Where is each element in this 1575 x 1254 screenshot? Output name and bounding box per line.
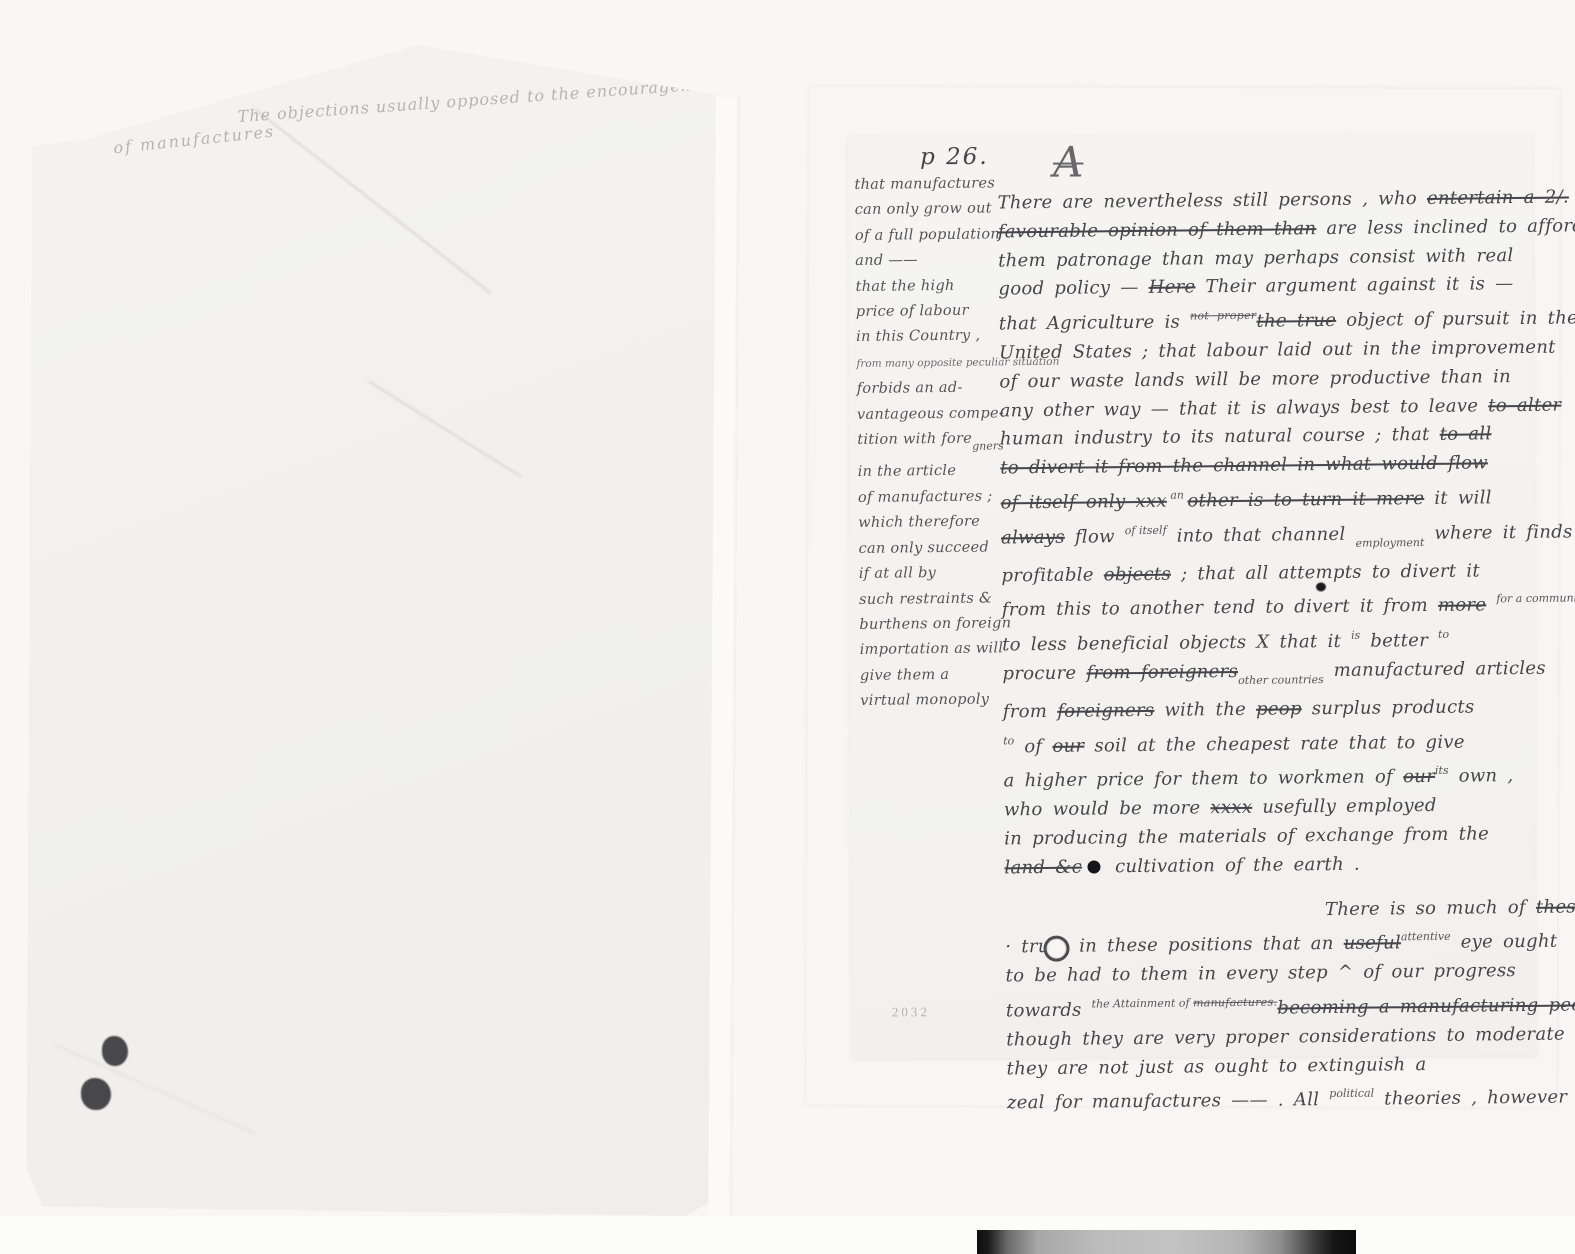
handwriting-line: to less beneficial objects X that it is … bbox=[1002, 620, 1527, 660]
handwriting-segment: with the bbox=[1154, 699, 1256, 721]
handwriting-segment: and —— bbox=[855, 252, 918, 269]
handwriting-segment: to bbox=[1003, 734, 1014, 747]
handwriting-line: forbids an ad- bbox=[857, 376, 1003, 403]
handwriting-segment: Their argument against it is — bbox=[1195, 273, 1513, 297]
handwriting-segment: to alter bbox=[1488, 394, 1561, 416]
handwriting-segment: which therefore bbox=[858, 514, 980, 531]
handwriting-line: price of labour bbox=[856, 298, 1002, 325]
handwriting-segment: it will bbox=[1424, 487, 1492, 509]
handwriting-line: in producing the materials of exchange f… bbox=[1004, 820, 1529, 854]
handwriting-segment: a higher price for them to workmen of bbox=[1003, 767, 1403, 792]
handwriting-line: can only grow out bbox=[855, 197, 1001, 224]
handwriting-segment: to be had to them in every step ^ of our… bbox=[1006, 960, 1517, 986]
handwriting-segment: towards bbox=[1006, 999, 1092, 1021]
handwriting-line: which therefore bbox=[858, 510, 1004, 537]
handwriting-line: · truth in these positions that an usefu… bbox=[1005, 922, 1530, 962]
handwriting-line: always flow of itself into that channel … bbox=[1001, 513, 1526, 562]
handwriting-segment: them patronage than may perhaps consist … bbox=[998, 245, 1514, 271]
handwriting-line: if at all by bbox=[859, 560, 1005, 587]
margin-notes: that manufacturescan only grow outof a f… bbox=[854, 171, 1006, 714]
handwriting-segment: usefully employed bbox=[1252, 795, 1437, 818]
handwriting-segment: There are nevertheless still persons , w… bbox=[997, 188, 1427, 213]
handwriting-segment: these bbox=[1536, 896, 1575, 918]
handwriting-line: towards the Attainment of manufactures.b… bbox=[1006, 986, 1531, 1026]
handwriting-segment: good policy — bbox=[998, 277, 1148, 300]
handwriting-segment: attentive bbox=[1401, 930, 1451, 944]
handwriting-segment: soil at the cheapest rate that to give bbox=[1084, 731, 1465, 756]
handwriting-segment: are less inclined to afford bbox=[1316, 215, 1575, 239]
handwriting-segment: tition with fore bbox=[857, 431, 972, 448]
handwriting-segment: in this Country , bbox=[856, 328, 980, 345]
handwriting-segment: if at all by bbox=[859, 565, 936, 582]
handwriting-segment: who would be more bbox=[1004, 797, 1211, 820]
handwriting-segment: where it finds the most bbox=[1424, 520, 1575, 544]
handwriting-segment: manufactured articles bbox=[1324, 658, 1546, 681]
handwriting-segment: United States ; that labour laid out in … bbox=[999, 337, 1556, 364]
handwriting-segment: of a full population bbox=[855, 226, 1000, 244]
handwriting-segment: though they are very proper consideratio… bbox=[1006, 1023, 1575, 1050]
handwriting-segment: favourable opinion of them than bbox=[998, 218, 1317, 242]
handwriting-segment: of our waste lands will be more producti… bbox=[999, 366, 1511, 392]
handwriting-line: of a full population bbox=[855, 222, 1001, 249]
handwriting-segment: from foreigners bbox=[1086, 661, 1238, 684]
handwriting-segment: of manufactures ; bbox=[858, 488, 993, 506]
handwriting-line: that manufactures bbox=[854, 171, 1000, 198]
handwriting-segment: importation as will bbox=[860, 641, 1004, 659]
handwriting-segment: of itself bbox=[1125, 523, 1167, 536]
handwriting-line: vantageous compe- bbox=[857, 401, 1003, 428]
handwriting-segment: to divert it from the channel in what wo… bbox=[1000, 453, 1488, 479]
handwriting-line: zeal for manufactures —— . All political… bbox=[1007, 1078, 1532, 1118]
handwriting-segment: not proper bbox=[1190, 309, 1256, 323]
handwriting-segment bbox=[1486, 595, 1496, 616]
handwriting-line: such restraints & bbox=[859, 586, 1005, 613]
corner-mark: 1 bbox=[94, 95, 106, 114]
handwriting-line: from this to another tend to divert it f… bbox=[1002, 585, 1527, 625]
handwriting-line: land &c cultivation of the earth . bbox=[1004, 849, 1529, 883]
document-scan: { "colors":{"ink":"#45454c","pencil":"#b… bbox=[0, 0, 1575, 1254]
handwriting-line: to of our soil at the cheapest rate that… bbox=[1003, 721, 1528, 761]
handwriting-segment: human industry to its natural course ; t… bbox=[1000, 424, 1440, 450]
handwriting-segment: of bbox=[1014, 735, 1052, 756]
handwriting-line: from many opposite peculiar situation bbox=[856, 349, 1002, 377]
handwriting-segment: procure bbox=[1002, 663, 1086, 685]
handwriting-segment: theories , however bbox=[1374, 1087, 1567, 1110]
handwriting-segment: becoming a manufacturing people bbox=[1277, 994, 1575, 1018]
handwriting-line: tition with foregners bbox=[857, 426, 1003, 460]
handwriting-line: of itself only xxx an other is to turn i… bbox=[1000, 478, 1525, 518]
handwriting-segment: that manufactures bbox=[854, 175, 995, 193]
handwriting-segment: our bbox=[1403, 766, 1435, 787]
handwriting-segment: more bbox=[1438, 595, 1487, 617]
handwriting-line: of manufactures ; bbox=[858, 484, 1004, 511]
handwriting-segment: Here bbox=[1149, 277, 1196, 298]
ink-blot bbox=[81, 1078, 111, 1110]
page-number: p 26. bbox=[920, 144, 989, 170]
handwriting-segment: in producing the materials of exchange f… bbox=[1004, 823, 1489, 849]
handwriting-line: in the article bbox=[858, 459, 1004, 486]
handwriting-segment: ; that all attempts to divert it bbox=[1171, 560, 1480, 584]
handwriting-line: procure from foreignersother countries m… bbox=[1002, 655, 1527, 698]
handwriting-segment: can only grow out bbox=[855, 201, 992, 219]
handwriting-line: can only succeed bbox=[858, 535, 1004, 562]
handwriting-segment: from this to another tend to divert it f… bbox=[1002, 595, 1438, 621]
stamp-number: 2032 bbox=[892, 1004, 930, 1020]
handwriting-segment: foreigners bbox=[1057, 700, 1154, 722]
handwriting-segment: profitable bbox=[1001, 564, 1104, 586]
handwriting-segment: useful bbox=[1344, 933, 1402, 955]
handwriting-segment: its bbox=[1435, 764, 1449, 777]
handwriting-segment: flow bbox=[1065, 526, 1125, 548]
handwriting-segment: object of pursuit in the bbox=[1336, 308, 1575, 332]
handwriting-segment: political bbox=[1329, 1087, 1374, 1100]
pencil-smudge bbox=[368, 380, 522, 477]
handwriting-line: importation as will bbox=[860, 637, 1006, 664]
handwriting-segment: can only succeed bbox=[858, 539, 989, 556]
ink-dot bbox=[1316, 582, 1326, 591]
body-lines: There are nevertheless still persons , w… bbox=[997, 184, 1532, 1119]
handwriting-segment: the Attainment of bbox=[1092, 996, 1194, 1010]
handwriting-segment: for a community , bbox=[1496, 592, 1575, 606]
handwriting-segment: that Agriculture is bbox=[999, 312, 1191, 335]
handwriting-segment: to less beneficial objects X that it bbox=[1002, 631, 1351, 656]
right-page: p 26. A that manufacturescan only grow o… bbox=[848, 134, 1536, 1059]
handwriting-segment: own , bbox=[1449, 765, 1514, 787]
handwriting-line: in this Country , bbox=[856, 324, 1002, 351]
ink-blot-dot bbox=[1087, 860, 1100, 873]
handwriting-segment: other countries bbox=[1238, 673, 1324, 687]
handwriting-segment: of itself only xxx bbox=[1001, 491, 1167, 514]
handwriting-segment: xxxx bbox=[1210, 797, 1252, 818]
handwriting-segment: they are not just as ought to extinguish… bbox=[1006, 1054, 1426, 1079]
ink-blot bbox=[102, 1036, 128, 1066]
film-calibration-strip bbox=[977, 1230, 1356, 1254]
handwriting-line: that Agriculture is not properthe true o… bbox=[999, 299, 1524, 339]
handwriting-segment: the true bbox=[1256, 310, 1336, 332]
handwriting-segment: virtual monopoly bbox=[860, 692, 989, 709]
handwriting-segment: other is to turn it mere bbox=[1187, 488, 1424, 511]
handwriting-segment: any other way — that it is always best t… bbox=[1000, 395, 1489, 421]
handwriting-segment: an bbox=[1167, 488, 1188, 501]
handwriting-segment: always bbox=[1001, 527, 1065, 549]
handwriting-segment: There is so much of bbox=[1325, 896, 1536, 919]
handwriting-segment: to all bbox=[1440, 424, 1492, 446]
handwriting-segment: that the high bbox=[855, 277, 954, 294]
handwriting-segment: forbids an ad- bbox=[857, 380, 963, 397]
handwriting-segment: in the article bbox=[858, 463, 957, 480]
handwriting-segment: is bbox=[1351, 629, 1360, 642]
handwriting-segment: peop bbox=[1256, 698, 1302, 719]
handwriting-segment: vantageous compe- bbox=[857, 405, 1004, 423]
section-letter: A bbox=[1053, 137, 1084, 186]
handwriting-segment: land &c bbox=[1004, 856, 1082, 878]
handwriting-segment: from bbox=[1003, 701, 1058, 723]
handwriting-line: and —— bbox=[855, 248, 1001, 275]
handwriting-segment: cultivation of the earth . bbox=[1105, 853, 1360, 877]
handwriting-line: give them a bbox=[860, 662, 1006, 689]
handwriting-line: a higher price for them to workmen of ou… bbox=[1003, 756, 1528, 796]
handwriting-segment: zeal for manufactures —— . All bbox=[1007, 1089, 1330, 1113]
handwriting-segment: entertain a 2/. bbox=[1427, 186, 1569, 208]
faint-title-line2: of manufactures bbox=[112, 122, 276, 158]
handwriting-segment: to bbox=[1438, 628, 1449, 641]
handwriting-line: that the high bbox=[855, 273, 1001, 300]
handwriting-segment: such restraints & bbox=[859, 590, 992, 608]
handwriting-segment: better bbox=[1360, 630, 1438, 652]
pencil-smudge bbox=[254, 108, 492, 294]
handwriting-segment: burthens on foreign bbox=[859, 615, 1011, 633]
handwriting-segment: our bbox=[1052, 735, 1084, 756]
handwriting-segment: surplus products bbox=[1302, 696, 1475, 719]
handwriting-line: virtual monopoly bbox=[860, 687, 1006, 714]
handwriting-segment: manufactures. bbox=[1193, 995, 1277, 1009]
handwriting-line: burthens on foreign bbox=[859, 611, 1005, 638]
handwriting-segment: give them a bbox=[860, 667, 950, 684]
handwriting-segment: price of labour bbox=[856, 303, 969, 320]
handwriting-segment: eye ought bbox=[1451, 931, 1558, 953]
handwriting-segment: employment bbox=[1355, 536, 1424, 550]
handwriting-segment: objects bbox=[1104, 563, 1171, 585]
faint-title-line1: The objections usually opposed to the en… bbox=[237, 73, 727, 126]
handwriting-segment: into that channel bbox=[1167, 523, 1356, 546]
left-page: 1 The objections usually opposed to the … bbox=[25, 38, 727, 1216]
hole-punch bbox=[1043, 936, 1069, 962]
handwriting-line: though they are very proper consideratio… bbox=[1006, 1021, 1531, 1055]
